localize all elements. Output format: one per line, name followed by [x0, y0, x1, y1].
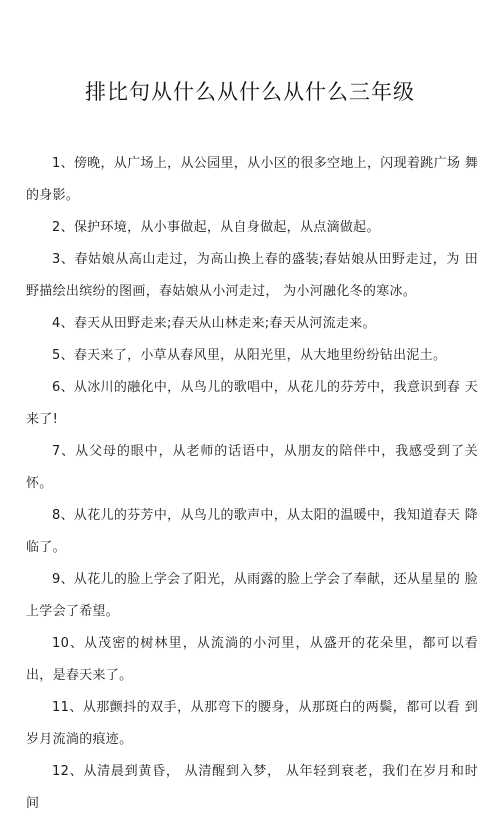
paragraph-4: 4、春天从田野走来;春天从山林走来;春天从河流走来。: [26, 308, 478, 340]
paragraph-1: 1、傍晚，从广场上，从公园里，从小区的很多空地上，闪现着跳广场 舞的身影。: [26, 148, 478, 212]
paragraph-7: 7、从父母的眼中，从老师的话语中，从朋友的陪伴中，我感受到了关 怀。: [26, 436, 478, 500]
paragraph-5: 5、春天来了，小草从春风里，从阳光里，从大地里纷纷钻出泥土。: [26, 340, 478, 372]
paragraph-3: 3、春姑娘从高山走过，为高山换上春的盛装;春姑娘从田野走过，为 田野描绘出缤纷的…: [26, 244, 478, 308]
document-body: 1、傍晚，从广场上，从公园里，从小区的很多空地上，闪现着跳广场 舞的身影。 2、…: [26, 148, 478, 820]
paragraph-11: 11、从那颤抖的双手，从那弯下的腰身，从那斑白的两鬓，都可以看 到岁月流淌的痕迹…: [26, 692, 478, 756]
paragraph-8: 8、从花儿的芬芳中，从鸟儿的歌声中，从太阳的温暖中，我知道春天 降临了。: [26, 500, 478, 564]
paragraph-9: 9、从花儿的脸上学会了阳光，从雨露的脸上学会了奉献，还从星星的 脸上学会了希望。: [26, 564, 478, 628]
paragraph-2: 2、保护环境，从小事做起，从自身做起，从点滴做起。: [26, 212, 478, 244]
paragraph-12: 12、从清晨到黄昏， 从清醒到入梦， 从年轻到衰老，我们在岁月和时 间: [26, 756, 478, 820]
document-title: 排比句从什么从什么从什么三年级: [0, 76, 500, 106]
paragraph-10: 10、从茂密的树林里，从流淌的小河里，从盛开的花朵里，都可以看 出，是春天来了。: [26, 628, 478, 692]
paragraph-6: 6、从冰川的融化中，从鸟儿的歌唱中，从花儿的芬芳中，我意识到春 天来了!: [26, 372, 478, 436]
